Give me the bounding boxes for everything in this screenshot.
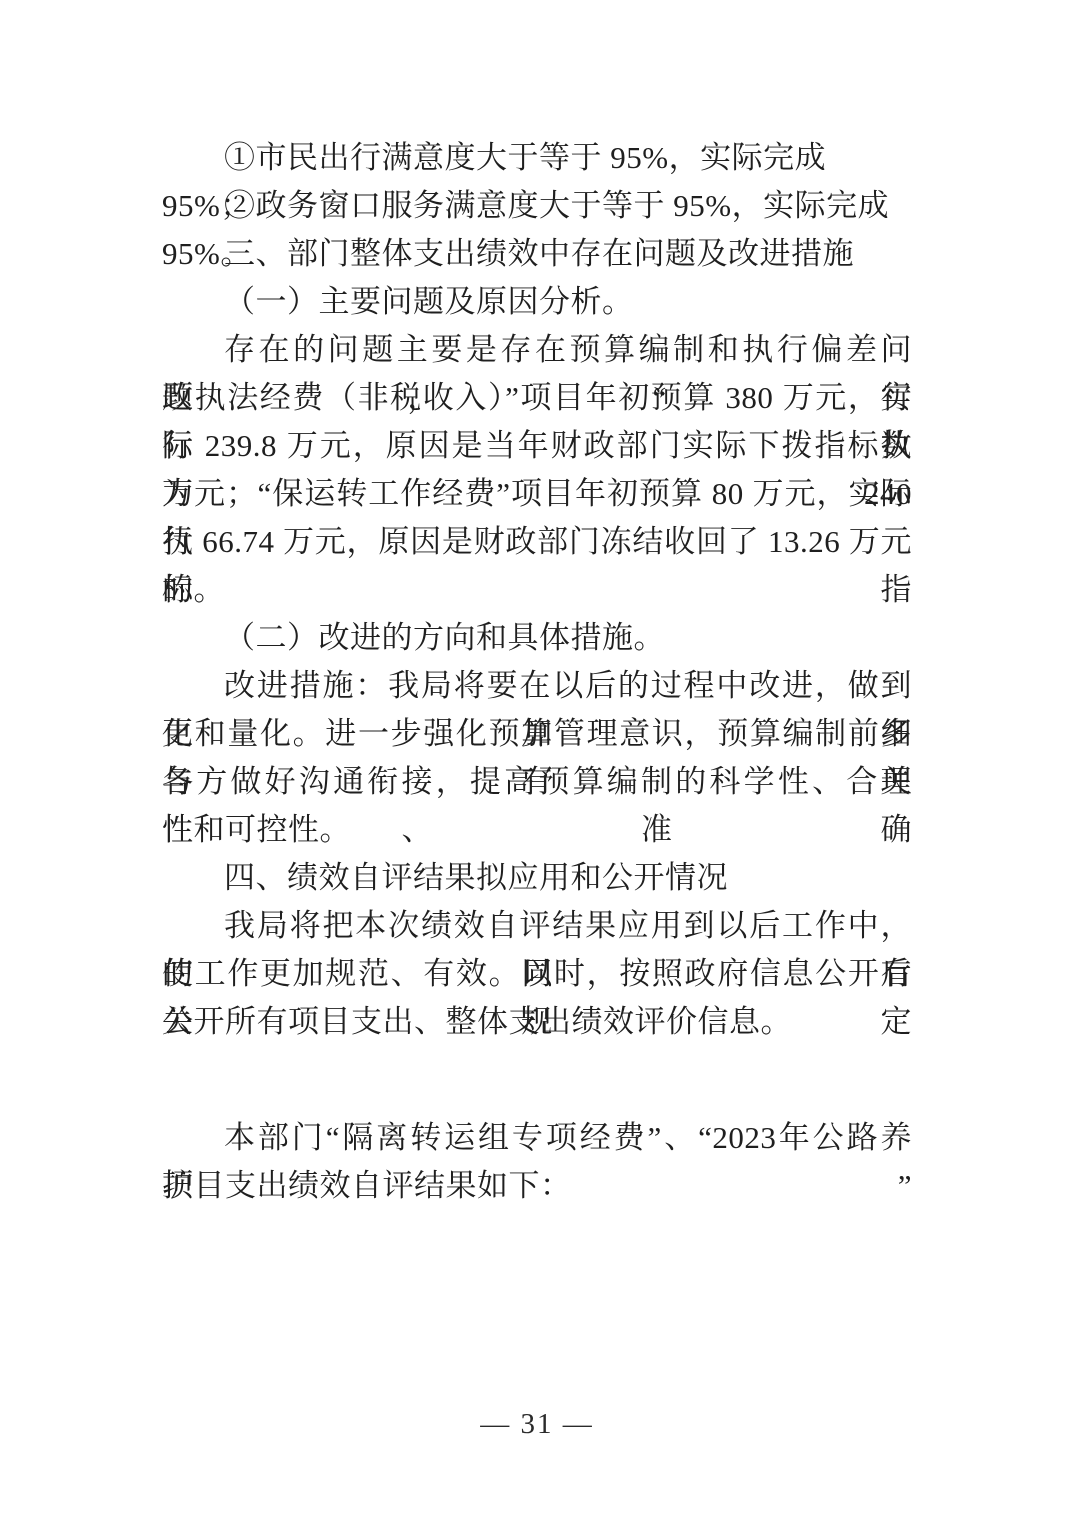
paragraph-improve-line-3: 各方做好沟通衔接，提高预算编制的科学性、合理性、准确 [162,758,912,806]
text-line-satisfaction-1: ①市民出行满意度大于等于 95%，实际完成 95%； [162,134,912,182]
paragraph-problems-line-4: 万元；“保运转工作经费”项目年初预算 80 万元，实际执 [162,470,912,518]
paragraph-problems-line-3: 行 239.8 万元，原因是当年财政部门实际下拨指标数为 240 [162,422,912,470]
page-number-label: — 31 — [480,1408,594,1440]
blank-line-gap [162,1046,912,1114]
section-heading-4: 四、绩效自评结果拟应用和公开情况 [162,854,912,902]
paragraph-apply-line-1: 我局将把本次绩效自评结果应用到以后工作中，使以后 [162,902,912,950]
paragraph-problems-line-1: 存在的问题主要是存在预算编制和执行偏差问题，“行 [162,326,912,374]
subsection-heading-3-1: （一）主要问题及原因分析。 [162,278,912,326]
paragraph-improve-line-1: 改进措施：我局将要在以后的过程中改进，做到更加细 [162,662,912,710]
page-footer: — 31 — [0,1400,1074,1448]
section-heading-3: 三、部门整体支出绩效中存在问题及改进措施 [162,230,912,278]
paragraph-apply-line-2: 的工作更加规范、有效。同时，按照政府信息公开有关规定 [162,950,912,998]
subsection-heading-3-2: （二）改进的方向和具体措施。 [162,614,912,662]
text-line-satisfaction-2: ②政务窗口服务满意度大于等于 95%，实际完成 95%。 [162,182,912,230]
paragraph-improve-line-2: 化和量化。进一步强化预算管理意识，预算编制前多与有关 [162,710,912,758]
paragraph-problems-line-2: 政执法经费（非税收入）”项目年初预算 380 万元，实际执 [162,374,912,422]
paragraph-problems-line-5: 行 66.74 万元，原因是财政部门冻结收回了 13.26 万元的指 [162,518,912,566]
paragraph-projects-line-1: 本部门“隔离转运组专项经费”、“2023年公路养护” [162,1114,912,1162]
document-body: ①市民出行满意度大于等于 95%，实际完成 95%； ②政务窗口服务满意度大于等… [162,134,912,1210]
